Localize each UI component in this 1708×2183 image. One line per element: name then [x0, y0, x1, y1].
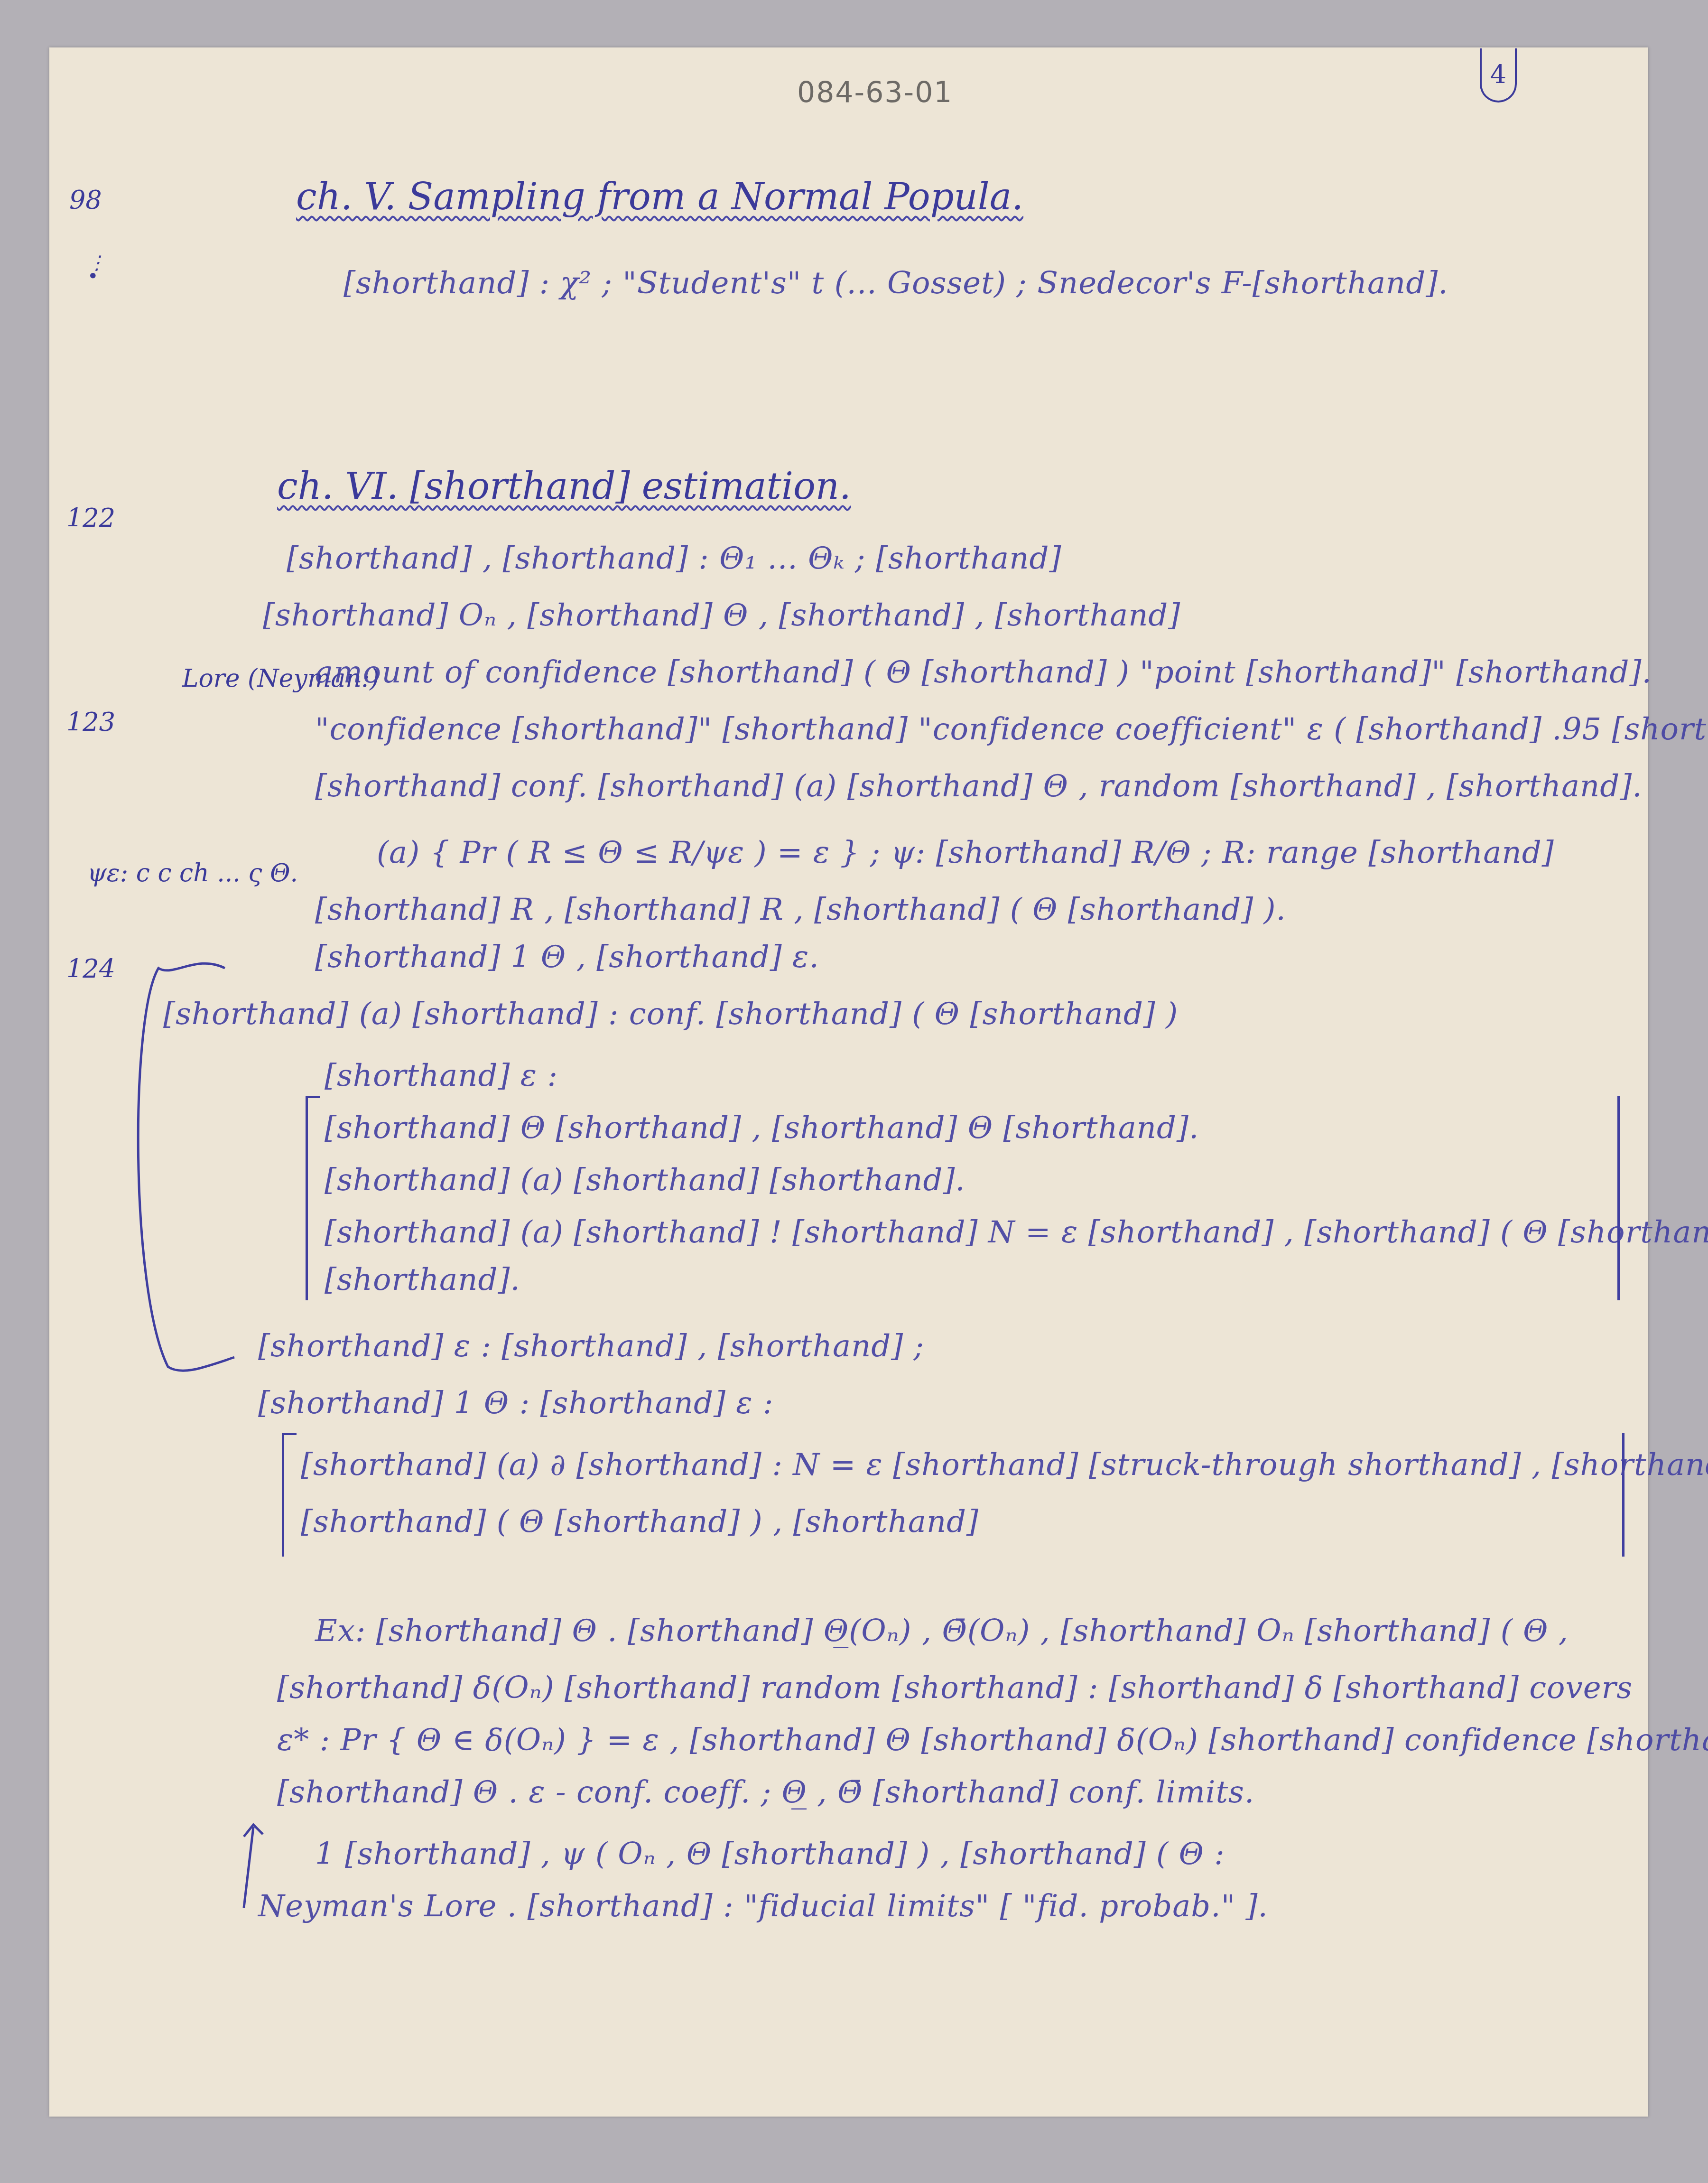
margin-number-123: 123 — [66, 707, 115, 737]
bracket-line: [shorthand] (a) ∂ [shorthand] : N = ε [s… — [301, 1447, 1708, 1483]
margin-number-122: 122 — [66, 503, 115, 533]
page-number-badge: 4 — [1480, 48, 1517, 103]
text-line: Neyman's Lore . [shorthand] : "fiducial … — [258, 1889, 1268, 1924]
heading-chapter-5: ch. V. Sampling from a Normal Popula. — [296, 176, 1023, 218]
text-line: 1 [shorthand] , ψ ( Oₙ , Θ [shorthand] )… — [315, 1837, 1225, 1872]
bracket-line: [shorthand] Θ [shorthand] , [shorthand] … — [325, 1110, 1199, 1146]
margin-dots: ⋮• — [87, 256, 106, 283]
text-line: [shorthand] δ(Oₙ) [shorthand] random [sh… — [277, 1670, 1633, 1706]
bracket-line: [shorthand] ( Θ [shorthand] ) , [shortha… — [301, 1504, 979, 1539]
text-line: [shorthand] 1 Θ : [shorthand] ε : — [258, 1386, 774, 1421]
text-line: [shorthand] : χ² ; "Student's" t (... Go… — [343, 266, 1448, 301]
text-line: "confidence [shorthand]" [shorthand] "co… — [315, 712, 1708, 747]
text-line: [shorthand] ε : — [325, 1058, 558, 1093]
margin-number-98: 98 — [69, 185, 102, 215]
text-line: amount of confidence [shorthand] ( Θ [sh… — [315, 655, 1652, 690]
bracket-line: [shorthand] (a) [shorthand] [shorthand]. — [325, 1163, 965, 1198]
text-line: [shorthand] Θ . ε - conf. coeff. ; Θ̲ , … — [277, 1775, 1254, 1810]
bracket-line: [shorthand] (a) [shorthand] ! [shorthand… — [325, 1215, 1708, 1250]
text-line: [shorthand] Oₙ , [shorthand] Θ , [shorth… — [263, 598, 1180, 633]
text-line: [shorthand] conf. [shorthand] (a) [short… — [315, 769, 1643, 804]
page-number: 4 — [1490, 60, 1506, 90]
manuscript-page: 084-63-01 4 98 ⋮• 122 123 124 Lore (Neym… — [49, 47, 1648, 2117]
text-line: [shorthand] R , [shorthand] R , [shortha… — [315, 892, 1286, 927]
text-line: [shorthand] ε : [shorthand] , [shorthand… — [258, 1329, 924, 1364]
text-line: [shorthand] 1 Θ , [shorthand] ε. — [315, 940, 819, 975]
text-line: Ex: [shorthand] Θ . [shorthand] Θ̲(Oₙ) ,… — [315, 1614, 1569, 1649]
text-line: [shorthand] , [shorthand] : Θ₁ ... Θₖ ; … — [287, 541, 1061, 576]
formula-line: (a) { Pr ( R ≤ Θ ≤ R/ψε ) = ε } ; ψ: [sh… — [377, 835, 1554, 870]
bracket-line: [shorthand]. — [325, 1262, 520, 1297]
heading-chapter-6: ch. VI. [shorthand] estimation. — [277, 465, 851, 508]
archive-id: 084-63-01 — [797, 76, 953, 109]
margin-note-psi: ψε: c c ch ... ς Θ. — [87, 859, 298, 887]
up-arrow-icon — [234, 1818, 272, 1912]
arrow-bracket-icon — [102, 959, 244, 1386]
formula-line: ε* : Pr { Θ ∈ δ(Oₙ) } = ε , [shorthand] … — [277, 1723, 1708, 1758]
text-line: [shorthand] (a) [shorthand] : conf. [sho… — [163, 997, 1178, 1032]
